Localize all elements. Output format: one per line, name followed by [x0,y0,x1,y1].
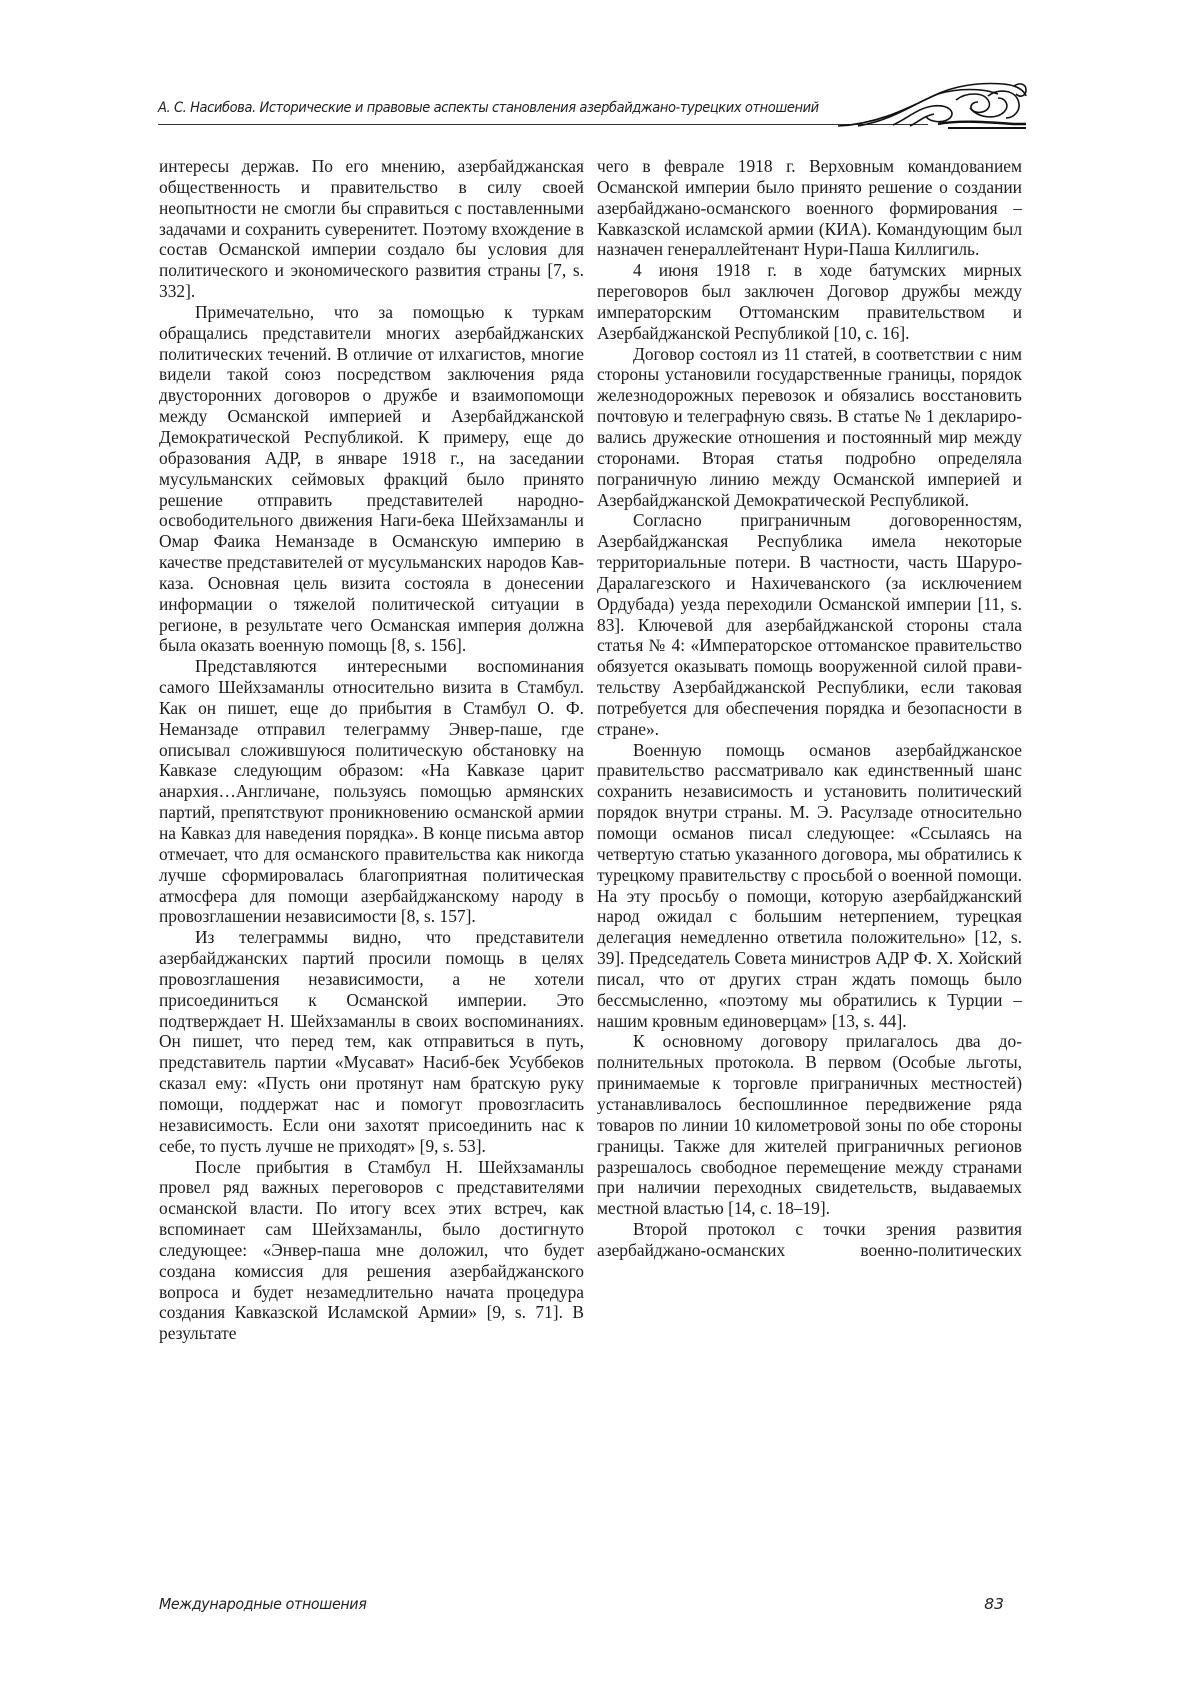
paragraph: Примечательно, что за помощью к туркам о… [159,302,584,656]
paragraph: Военную помощь османов азербайджанское п… [597,740,1022,1032]
paragraph: После прибытия в Стамбул Н. Шейхзаманлы … [159,1157,584,1345]
running-header: А. С. Насибова. Исторические и правовые … [158,88,1018,128]
running-title: А. С. Насибова. Исторические и правовые … [158,100,819,116]
paragraph: Согласно приграничным договоренностям, А… [597,510,1022,739]
right-text-column: чего в феврале 1918 г. Верховным командо… [597,156,1022,1261]
page-number: 83 [984,1595,1004,1613]
decorative-floral-ornament-icon [838,78,1028,130]
paragraph: чего в феврале 1918 г. Верховным командо… [597,156,1022,260]
paragraph: интересы держав. По его мнению, азербайд… [159,156,584,302]
paragraph: К основному договору прилагалось два до­… [597,1031,1022,1219]
paragraph: Представляются интересными воспомина­ния… [159,656,584,927]
left-text-column: интересы держав. По его мнению, азербайд… [159,156,584,1344]
paragraph: Договор состоял из 11 статей, в соот­вет… [597,344,1022,511]
paragraph: Второй протокол с точки зрения развития … [597,1219,1022,1261]
footer-journal-name: Международные отношения [159,1595,366,1613]
paragraph: Из телеграммы видно, что представители а… [159,927,584,1156]
header-rule-divider [158,124,928,125]
paragraph: 4 июня 1918 г. в ходе батумских мирных п… [597,260,1022,343]
